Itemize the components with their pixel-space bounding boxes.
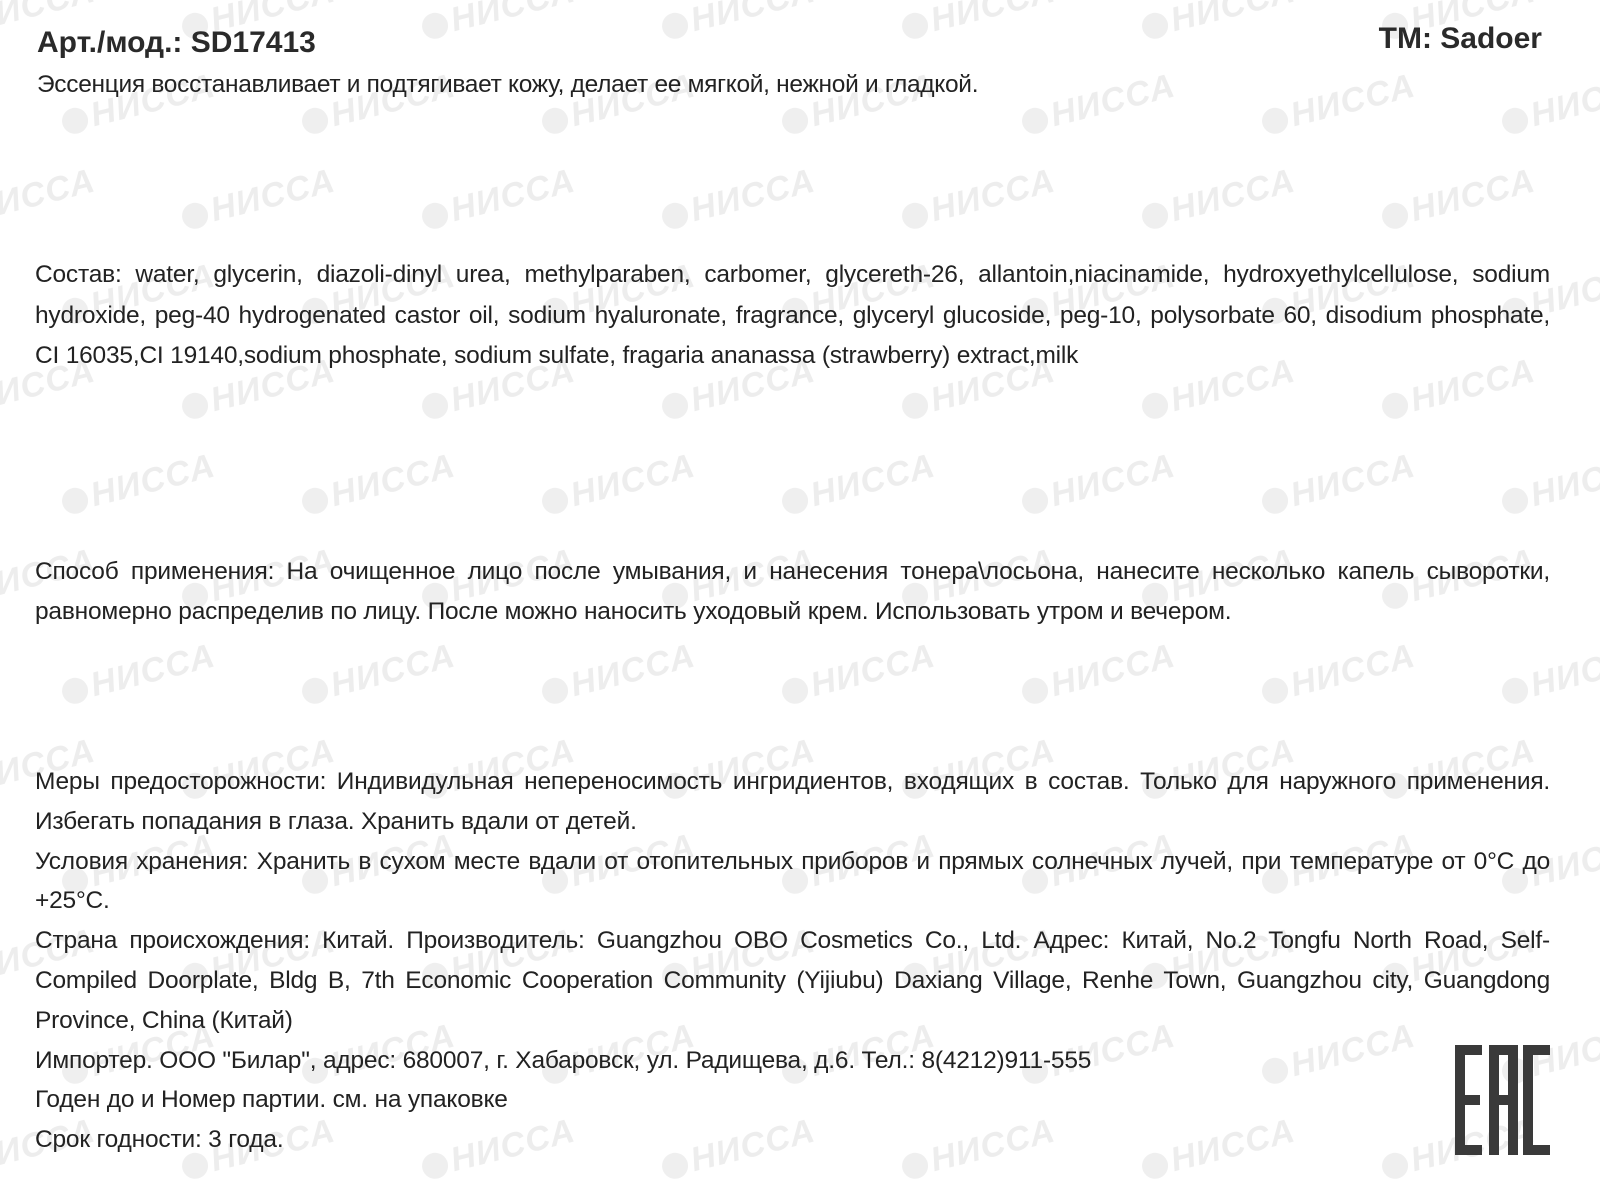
watermark-text: НИССА [178,162,340,238]
watermark-logo-icon [59,105,91,137]
watermark-text: НИССА [58,637,220,713]
watermark-text: НИССА [1498,67,1600,143]
watermark-logo-icon [179,390,211,422]
watermark-logo-icon [1139,390,1171,422]
watermark-logo-icon [1499,485,1531,517]
watermark-logo-icon [899,200,931,232]
watermark-text: НИССА [298,447,460,523]
composition-text: Состав: water, glycerin, diazoli-dinyl u… [35,255,1550,377]
watermark-logo-icon [179,200,211,232]
watermark-text: НИССА [1498,637,1600,713]
watermark-logo-icon [899,10,931,42]
importer-text: Импортер. ООО "Билар", адрес: 680007, г.… [35,1041,1550,1081]
watermark-logo-icon [659,390,691,422]
watermark-logo-icon [539,105,571,137]
watermark-logo-icon [1379,390,1411,422]
watermark-text: НИССА [418,162,580,238]
watermark-text: НИССА [0,162,99,238]
watermark-logo-icon [1499,105,1531,137]
watermark-logo-icon [659,10,691,42]
watermark-logo-icon [419,10,451,42]
watermark-logo-icon [539,675,571,707]
watermark-text: НИССА [298,637,460,713]
storage-conditions-text: Условия хранения: Хранить в сухом месте … [35,842,1550,922]
watermark-logo-icon [779,485,811,517]
watermark-logo-icon [1019,105,1051,137]
watermark-logo-icon [1139,200,1171,232]
watermark-logo-icon [1259,485,1291,517]
watermark-logo-icon [1259,675,1291,707]
watermark-text: НИССА [538,637,700,713]
origin-manufacturer-text: Страна происхождения: Китай. Производите… [35,921,1550,1040]
watermark-text: НИССА [1498,447,1600,523]
watermark-text: НИССА [418,0,580,47]
watermark-text: НИССА [778,637,940,713]
watermark-text: НИССА [1138,0,1300,47]
watermark-logo-icon [419,200,451,232]
watermark-logo-icon [1019,675,1051,707]
watermark-text: НИССА [1018,447,1180,523]
watermark-text: НИССА [898,162,1060,238]
watermark-logo-icon [779,675,811,707]
usage-instructions: Способ применения: На очищенное лицо пос… [35,552,1550,632]
watermark-text: НИССА [1018,637,1180,713]
watermark-text: НИССА [1138,162,1300,238]
eac-certification-icon [1455,1045,1550,1155]
watermark-logo-icon [59,485,91,517]
watermark-logo-icon [1259,105,1291,137]
watermark-text: НИССА [538,447,700,523]
watermark-logo-icon [779,105,811,137]
watermark-logo-icon [1139,10,1171,42]
watermark-logo-icon [539,485,571,517]
watermark-logo-icon [659,200,691,232]
article-number: Арт./мод.: SD17413 [37,26,316,60]
watermark-text: НИССА [658,162,820,238]
product-description: Эссенция восстанавливает и подтягивает к… [37,71,978,99]
watermark-logo-icon [1019,485,1051,517]
watermark-text: НИССА [1258,637,1420,713]
watermark-logo-icon [299,105,331,137]
watermark-text: НИССА [1258,67,1420,143]
watermark-text: НИССА [898,0,1060,47]
watermark-logo-icon [299,675,331,707]
shelf-life-text: Срок годности: 3 года. [35,1120,1550,1160]
watermark-logo-icon [1499,675,1531,707]
precautions-text: Меры предосторожности: Индивидульная неп… [35,762,1550,842]
watermark-logo-icon [1379,200,1411,232]
watermark-text: НИССА [1258,447,1420,523]
trademark: TM: Sadoer [1379,22,1542,56]
info-block: Меры предосторожности: Индивидульная неп… [35,762,1550,1160]
watermark-logo-icon [899,390,931,422]
watermark-text: НИССА [1378,162,1540,238]
batch-text: Годен до и Номер партии. см. на упаковке [35,1080,1550,1120]
watermark-logo-icon [419,390,451,422]
watermark-text: НИССА [778,447,940,523]
watermark-text: НИССА [1018,67,1180,143]
watermark-text: НИССА [658,0,820,47]
watermark-logo-icon [59,675,91,707]
watermark-text: НИССА [58,447,220,523]
watermark-logo-icon [299,485,331,517]
